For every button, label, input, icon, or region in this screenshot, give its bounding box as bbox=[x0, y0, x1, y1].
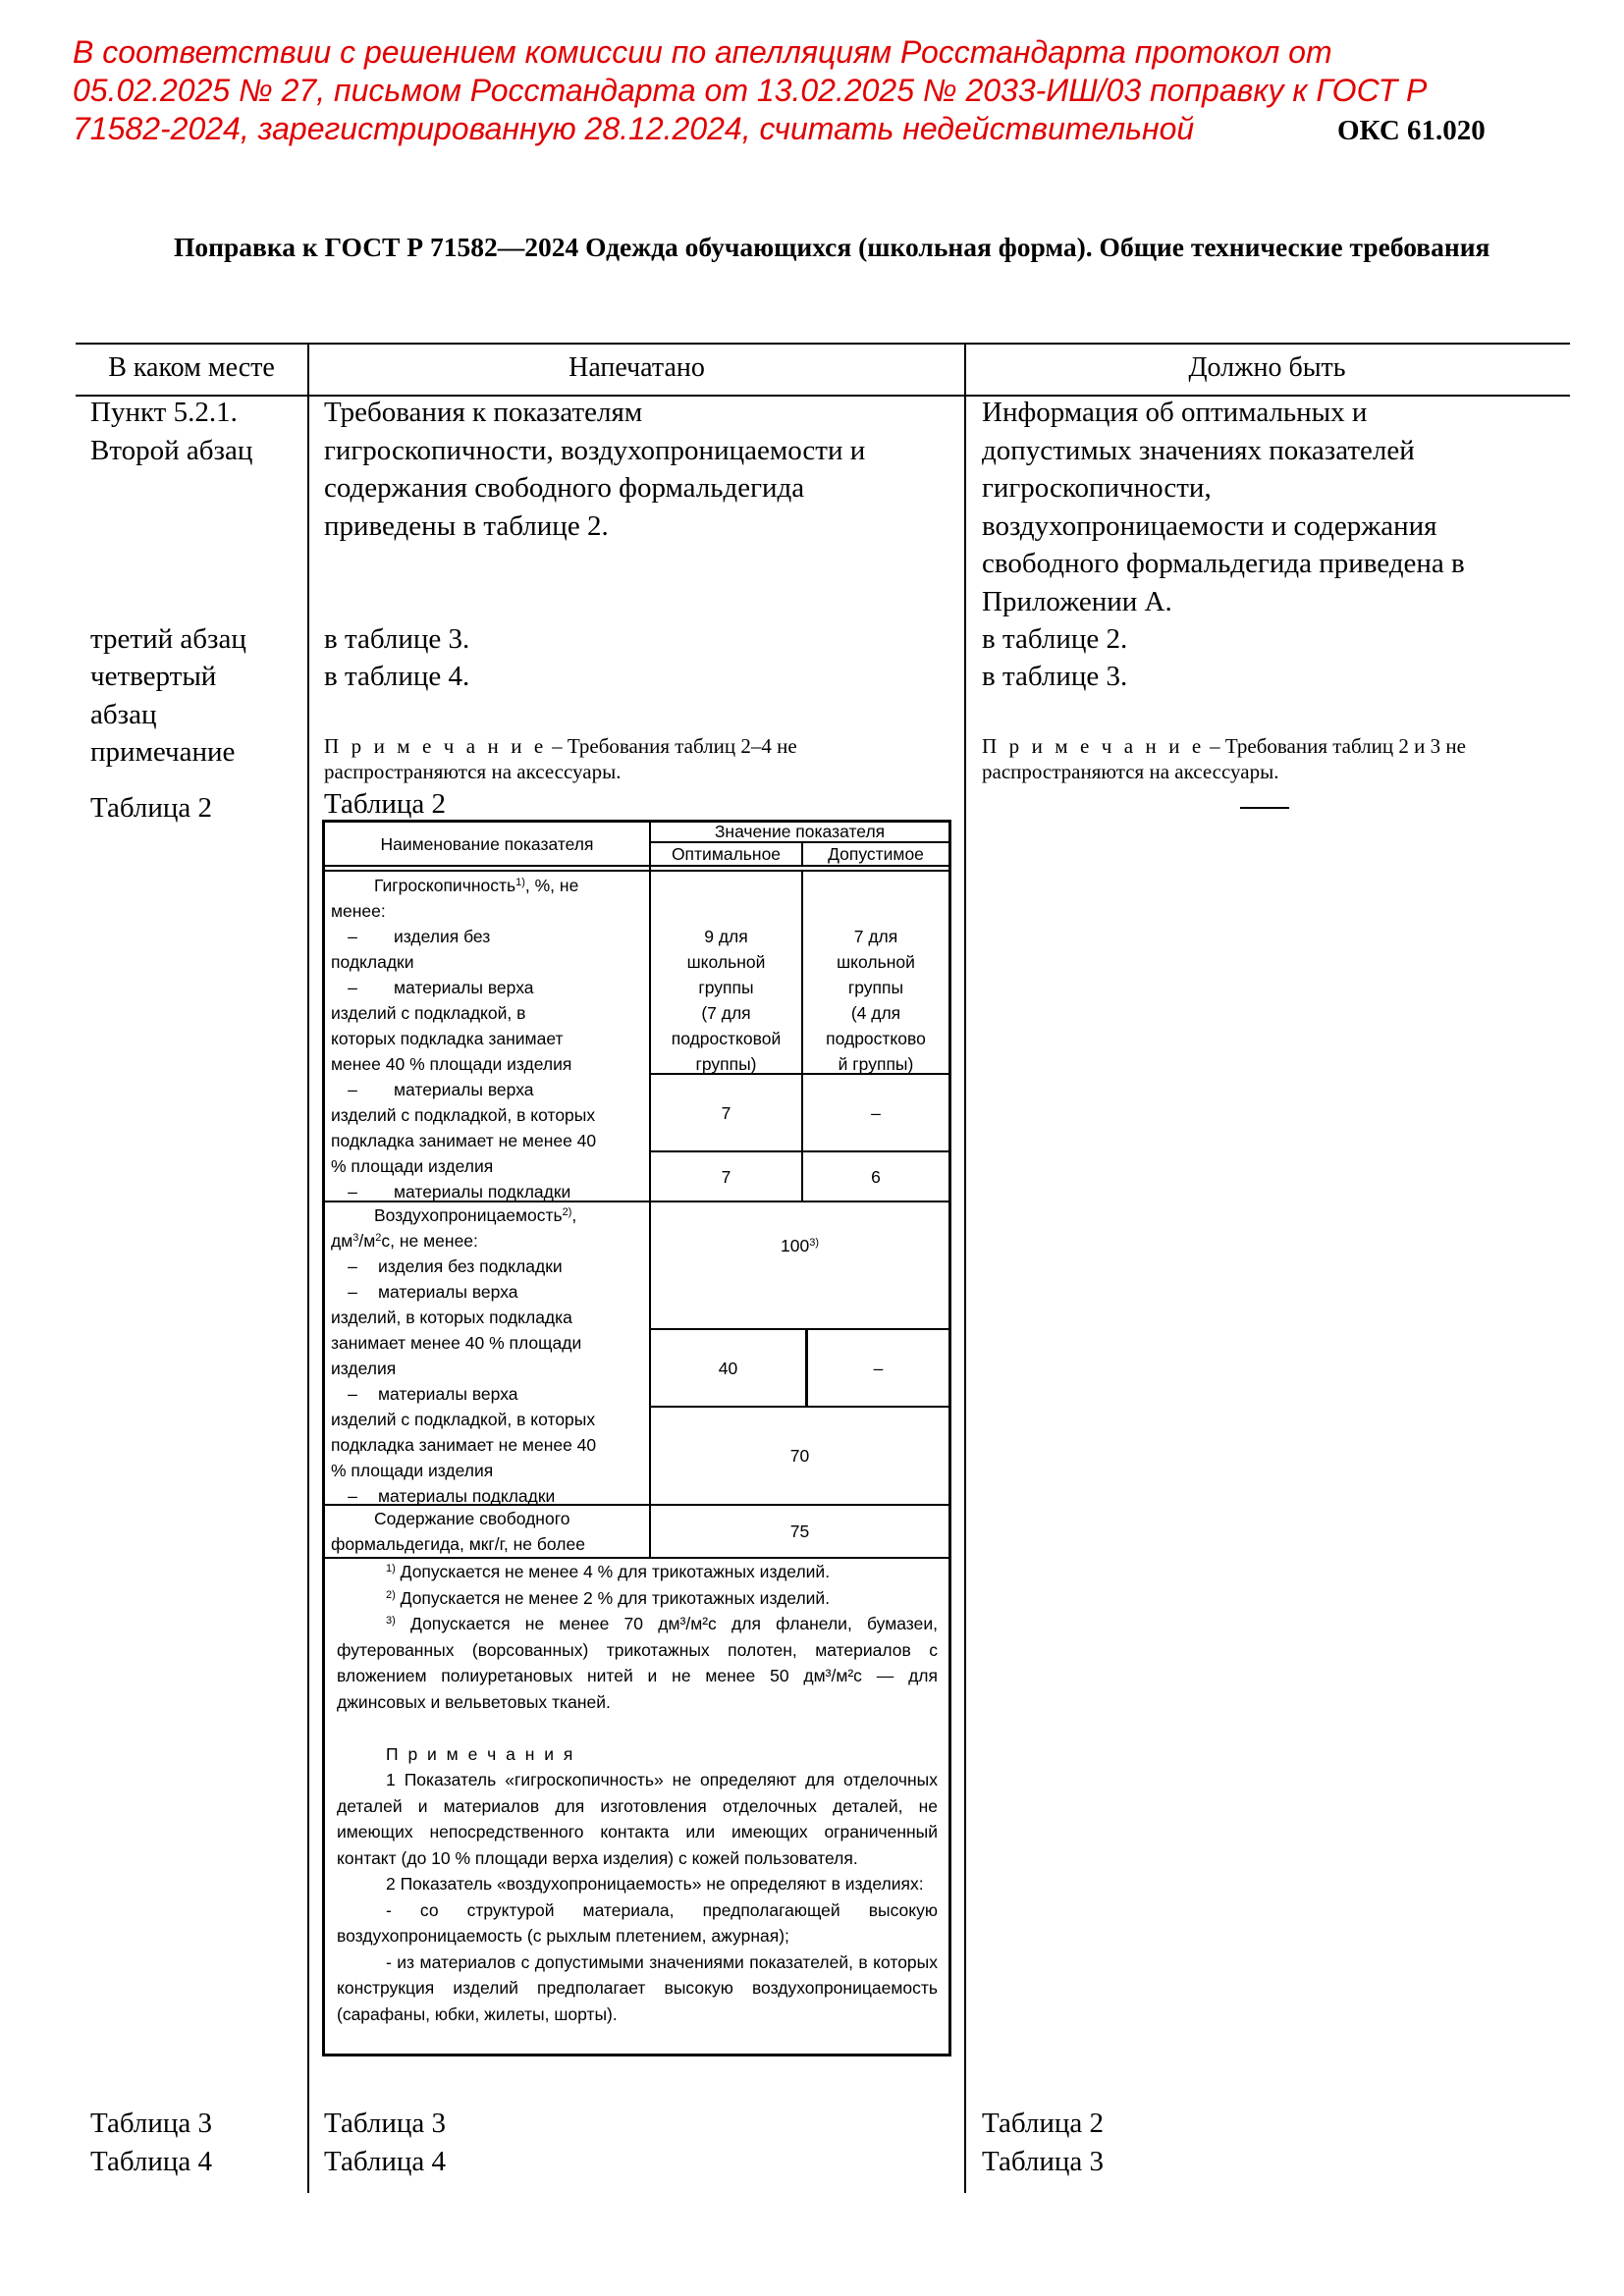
row-should-be-note: П р и м е ч а н и е – Требования таблиц … bbox=[982, 733, 1466, 784]
table-2-header-allowed: Допустимое bbox=[803, 843, 948, 865]
table-2-footnotes: 1) Допускается не менее 4 % для трикотаж… bbox=[337, 1559, 938, 2027]
hygro-v1-optimal: 9 для школьной группы (7 для подростково… bbox=[651, 924, 801, 1077]
table-2-header-name: Наименование показателя bbox=[325, 823, 649, 865]
air-v1: 1003) bbox=[651, 1233, 948, 1258]
row-should-be-table4: Таблица 3 bbox=[982, 2143, 1104, 2181]
hygro-v3-allowed: 6 bbox=[803, 1152, 948, 1201]
row-where-fourth: четвертый абзац bbox=[90, 658, 216, 733]
column-divider bbox=[964, 343, 966, 2193]
hygro-v3-optimal: 7 bbox=[651, 1152, 801, 1201]
row-where-table3: Таблица 3 bbox=[90, 2105, 212, 2143]
oks-code: ОКС 61.020 bbox=[1337, 115, 1486, 147]
header-where: В каком месте bbox=[76, 349, 307, 388]
hygro-name: Гигроскопичность1), %, не менее: –издели… bbox=[325, 873, 649, 1204]
document-title: Поправка к ГОСТ Р 71582—2024 Одежда обуч… bbox=[174, 228, 1509, 266]
cancellation-notice-line: 71582-2024, зарегистрированную 28.12.202… bbox=[73, 110, 1526, 148]
column-divider bbox=[307, 343, 309, 2193]
row-printed-table2-caption: Таблица 2 bbox=[324, 785, 446, 824]
row-printed-p521: Требования к показателям гигроскопичност… bbox=[324, 394, 865, 545]
note-2: 2 Показатель «воздухопроницаемость» не о… bbox=[337, 1871, 938, 1897]
table-top-border bbox=[76, 343, 1570, 345]
air-name: Воздухопроницаемость2), дм3/м2с, не мене… bbox=[325, 1202, 649, 1509]
table-2-header-value-group: Значение показателя bbox=[651, 821, 948, 842]
note-2a: - со структурой материала, предполагающе… bbox=[337, 1897, 938, 1949]
header-should-be: Должно быть bbox=[966, 349, 1568, 388]
header-printed: Напечатано bbox=[309, 349, 964, 388]
row-should-be-third: в таблице 2. bbox=[982, 620, 1127, 659]
cancellation-notice-line: 05.02.2025 № 27, письмом Росстандарта от… bbox=[73, 72, 1526, 110]
row-where-third: третий абзац bbox=[90, 620, 246, 659]
row-printed-table4: Таблица 4 bbox=[324, 2143, 446, 2181]
notes-title: П р и м е ч а н и я bbox=[337, 1741, 938, 1768]
air-v2-optimal: 40 bbox=[651, 1330, 805, 1406]
row-where-note: примечание bbox=[90, 733, 235, 772]
air-v2-allowed: – bbox=[808, 1330, 948, 1406]
air-v3: 70 bbox=[651, 1408, 948, 1504]
row-where-table4: Таблица 4 bbox=[90, 2143, 212, 2181]
hygro-v2-allowed: – bbox=[803, 1075, 948, 1150]
row-where-p521: Пункт 5.2.1. Второй абзац bbox=[90, 394, 252, 469]
row-printed-third: в таблице 3. bbox=[324, 620, 469, 659]
hygro-v1-allowed: 7 для школьной группы (4 для подростково… bbox=[803, 924, 948, 1077]
row-printed-note: П р и м е ч а н и е – Требования таблиц … bbox=[324, 733, 797, 784]
hygro-v2-optimal: 7 bbox=[651, 1075, 801, 1150]
formaldehyde-value: 75 bbox=[651, 1506, 948, 1557]
table-2-header-optimal: Оптимальное bbox=[651, 843, 801, 865]
formaldehyde-name: Содержание свободного формальдегида, мкг… bbox=[325, 1506, 649, 1557]
row-should-be-fourth: в таблице 3. bbox=[982, 658, 1127, 696]
row-should-be-table3: Таблица 2 bbox=[982, 2105, 1104, 2143]
row-should-be-p521: Информация об оптимальных и допустимых з… bbox=[982, 394, 1465, 620]
row-printed-fourth: в таблице 4. bbox=[324, 658, 469, 696]
row-should-be-table2-dash bbox=[1240, 807, 1289, 809]
note-1: 1 Показатель «гигроскопичность» не опред… bbox=[337, 1767, 938, 1871]
cancellation-notice: В соответствии с решением комиссии по ап… bbox=[73, 33, 1526, 148]
row-where-table2: Таблица 2 bbox=[90, 789, 212, 828]
cancellation-notice-line: В соответствии с решением комиссии по ап… bbox=[73, 33, 1526, 72]
note-2b: - из материалов с допустимыми значениями… bbox=[337, 1949, 938, 2028]
row-printed-table3: Таблица 3 bbox=[324, 2105, 446, 2143]
